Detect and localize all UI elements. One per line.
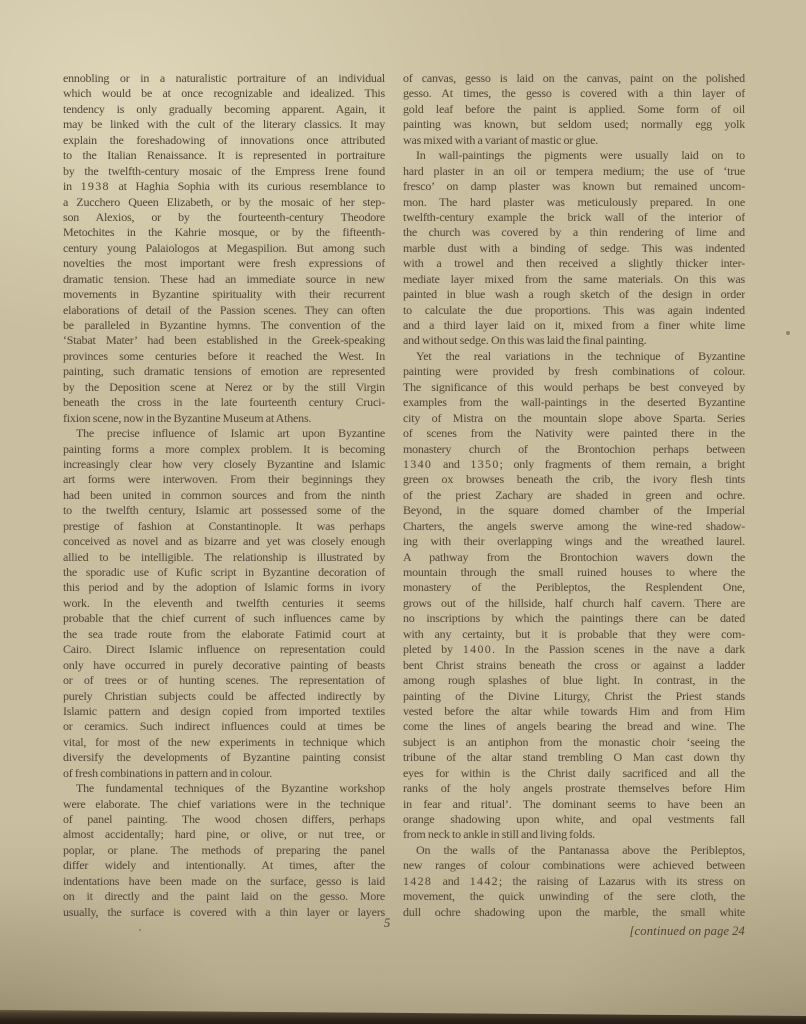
text-line: A pathway from the Brontochion wavers do… <box>403 550 745 565</box>
text-line: the church was covered by a thin renderi… <box>403 225 745 240</box>
text-line: with any certainty, but it is probable t… <box>403 627 745 642</box>
text-line: gesso. At times, the gesso is covered wi… <box>403 86 745 101</box>
text-line: come the lines of angels bearing the bre… <box>403 719 745 734</box>
text-line: allied to be intelligible. The relations… <box>63 550 385 565</box>
text-line: grows out of the hillside, half church h… <box>403 596 745 611</box>
text-line: work. In the eleventh and twelfth centur… <box>63 596 385 611</box>
text-line: may be linked with the cult of the liter… <box>63 117 385 132</box>
text-line: novelties the most important were fresh … <box>63 256 385 271</box>
text-line: 1428 and 1442; the raising of Lazarus wi… <box>403 874 745 889</box>
text-line: monastery of the Peribleptos, the Resple… <box>403 580 745 595</box>
text-line: painting were provided by fresh combinat… <box>403 364 745 379</box>
text-line: with a trowel and then received a slight… <box>403 256 745 271</box>
text-line: of fresh combinations in pattern and in … <box>63 766 385 781</box>
text-line: Charters, the angels swerve among the wi… <box>403 519 745 534</box>
text-line: of the priest Zachary are shaded in gree… <box>403 488 745 503</box>
text-line: subject is an antiphon from the monastic… <box>403 735 745 750</box>
text-line: vital, for most of the new experiments i… <box>63 735 385 750</box>
text-line: and without sedge. On this was laid the … <box>403 333 745 348</box>
text-line: green ox browses beneath the crib, the i… <box>403 472 745 487</box>
text-line: probable that the chief current of such … <box>63 611 385 626</box>
text-line: explain the foreshadowing of innovations… <box>63 133 385 148</box>
text-line: tendency is only gradually becoming appa… <box>63 102 385 117</box>
text-line: to the twelfth century, Islamic art poss… <box>63 503 385 518</box>
text-line: tribune of the altar stand trembling O M… <box>403 750 745 765</box>
text-line: movement, the quick unwinding of the ser… <box>403 889 745 904</box>
text-line: in fear and ritual’. The dominant seems … <box>403 797 745 812</box>
text-line: and a third layer laid on it, mixed from… <box>403 318 745 333</box>
continued-on-page-note: [continued on page 24 <box>403 924 745 939</box>
text-line: art forms were interwoven. From their be… <box>63 472 385 487</box>
text-line: Cairo. Direct Islamic influence on repre… <box>63 642 385 657</box>
text-line: this period and by the adoption of Islam… <box>63 580 385 595</box>
text-line: increasingly clear how very closely Byza… <box>63 457 385 472</box>
text-line: by the Deposition scene at Nerez or by t… <box>63 380 385 395</box>
scan-bottom-edge <box>0 1008 806 1024</box>
text-line: painting of the Divine Liturgy, Christ t… <box>403 689 745 704</box>
text-line: century young Palaiologos at Megaspilion… <box>63 241 385 256</box>
text-line: fresco’ on damp plaster was known but re… <box>403 179 745 194</box>
text-line: mountain through the small ruined houses… <box>403 565 745 580</box>
text-line: ranks of the holy angels prostrate thems… <box>403 781 745 796</box>
text-line: twelfth-century example the brick wall o… <box>403 210 745 225</box>
text-line: from neck to ankle in still and living f… <box>403 827 745 842</box>
text-line: prestige of fashion at Constantinople. I… <box>63 519 385 534</box>
text-line: examples from the wall-paintings in the … <box>403 395 745 410</box>
text-line: Islamic pattern and design copied from i… <box>63 704 385 719</box>
text-line: dramatic tension. These had an immediate… <box>63 272 385 287</box>
text-line: ennobling or in a naturalistic portraitu… <box>63 71 385 86</box>
text-line: beneath the cross in the late fourteenth… <box>63 395 385 410</box>
text-line: bent Christ strains beneath the cross or… <box>403 658 745 673</box>
text-line: were elaborate. The chief variations wer… <box>63 797 385 812</box>
text-line: The fundamental techniques of the Byzant… <box>63 781 385 796</box>
text-line: gold leaf before the paint is applied. S… <box>403 102 745 117</box>
text-line: son Alexios, or by the fourteenth-centur… <box>63 210 385 225</box>
text-line: provinces some centuries before it reach… <box>63 349 385 364</box>
text-line: conceived as novel and as bizarre and ye… <box>63 534 385 549</box>
text-line: 1340 and 1350; only fragments of them re… <box>403 457 745 472</box>
text-line: almost accidentally; hard pine, or olive… <box>63 827 385 842</box>
text-line: mon. The hard plaster was meticulously p… <box>403 195 745 210</box>
text-line: Beyond, in the square domed chamber of t… <box>403 503 745 518</box>
text-line: orange shadowing upon white, and opal ve… <box>403 812 745 827</box>
text-line: On the walls of the Pantanassa above the… <box>403 843 745 858</box>
text-line: Metochites in the Kahrie mosque, or by t… <box>63 225 385 240</box>
text-line: differ widely and intentionally. At time… <box>63 858 385 873</box>
text-line: ing with their overlapping wings and the… <box>403 534 745 549</box>
text-line: marble dust with a binding of sedge. Thi… <box>403 241 745 256</box>
text-line: only have occurred in purely decorative … <box>63 658 385 673</box>
right-text-column: of canvas, gesso is laid on the canvas, … <box>403 71 745 939</box>
text-line: mediate layer mixed from the same materi… <box>403 272 745 287</box>
text-line: which would be at once recognizable and … <box>63 86 385 101</box>
text-line: ‘Stabat Mater’ had been established in t… <box>63 333 385 348</box>
text-line: poplar, or plane. The methods of prepari… <box>63 843 385 858</box>
text-line: had been united in common sources and fr… <box>63 488 385 503</box>
text-line: Yet the real variations in the technique… <box>403 349 745 364</box>
text-line: indentations have been made on the surfa… <box>63 874 385 889</box>
text-line: painting was known, but seldom used; nor… <box>403 117 745 132</box>
paper-speck <box>786 331 790 335</box>
scanned-book-page: ennobling or in a naturalistic portraitu… <box>0 0 806 1024</box>
text-line: by the twelfth-century mosaic of the Emp… <box>63 164 385 179</box>
text-line: be paralleled in Byzantine hymns. The co… <box>63 318 385 333</box>
text-line: of scenes from the Nativity were painted… <box>403 426 745 441</box>
text-line: to the Italian Renaissance. It is repres… <box>63 148 385 163</box>
text-line: movements in Byzantine spirituality with… <box>63 287 385 302</box>
text-line: new ranges of colour combinations were a… <box>403 858 745 873</box>
text-line: The significance of this would perhaps b… <box>403 380 745 395</box>
text-line: of canvas, gesso is laid on the canvas, … <box>403 71 745 86</box>
text-line: diversify the developments of Byzantine … <box>63 750 385 765</box>
text-line: no inscriptions by which the paintings t… <box>403 611 745 626</box>
text-line: monastery church of the Brontochion perh… <box>403 442 745 457</box>
text-line: was mixed with a variant of mastic or gl… <box>403 133 745 148</box>
paper-speck <box>139 929 141 931</box>
text-line: among rough splashes of blue light. In c… <box>403 673 745 688</box>
left-text-column: ennobling or in a naturalistic portraitu… <box>63 71 385 920</box>
text-line: painting, such dramatic tensions of emot… <box>63 364 385 379</box>
text-line: The precise influence of Islamic art upo… <box>63 426 385 441</box>
text-line: of panel painting. The wood chosen diffe… <box>63 812 385 827</box>
text-line: fixion scene, now in the Byzantine Museu… <box>63 411 385 426</box>
text-line: usually, the surface is covered with a t… <box>63 905 385 920</box>
text-line: on it directly and the paint laid on the… <box>63 889 385 904</box>
text-line: pleted by 1400. In the Passion scenes in… <box>403 642 745 657</box>
page-number: 5 <box>384 916 390 931</box>
text-line: to calculate the due proportions. This w… <box>403 303 745 318</box>
text-line: eyes for within is the Christ daily sacr… <box>403 766 745 781</box>
text-line: a Zucchero Queen Elizabeth, or by the mo… <box>63 195 385 210</box>
text-line: the sporadic use of Kufic script in Byza… <box>63 565 385 580</box>
text-line: in 1938 at Haghia Sophia with its curiou… <box>63 179 385 194</box>
text-line: city of Mistra on the mountain slope abo… <box>403 411 745 426</box>
text-line: painting forms a more complex problem. I… <box>63 442 385 457</box>
text-line: elaborations of detail of the Passion sc… <box>63 303 385 318</box>
text-line: vested before the altar while towards Hi… <box>403 704 745 719</box>
text-line: or of trees or of hunting scenes. The re… <box>63 673 385 688</box>
text-line: painted in blue wash a rough sketch of t… <box>403 287 745 302</box>
text-line: hard plaster in an oil or tempera medium… <box>403 164 745 179</box>
text-line: purely Christian subjects could be affec… <box>63 689 385 704</box>
text-line: or ceramics. Such indirect influences co… <box>63 719 385 734</box>
text-line: dull ochre shadowing upon the marble, th… <box>403 905 745 920</box>
text-line: the sea trade route from the elaborate F… <box>63 627 385 642</box>
text-line: In wall-paintings the pigments were usua… <box>403 148 745 163</box>
